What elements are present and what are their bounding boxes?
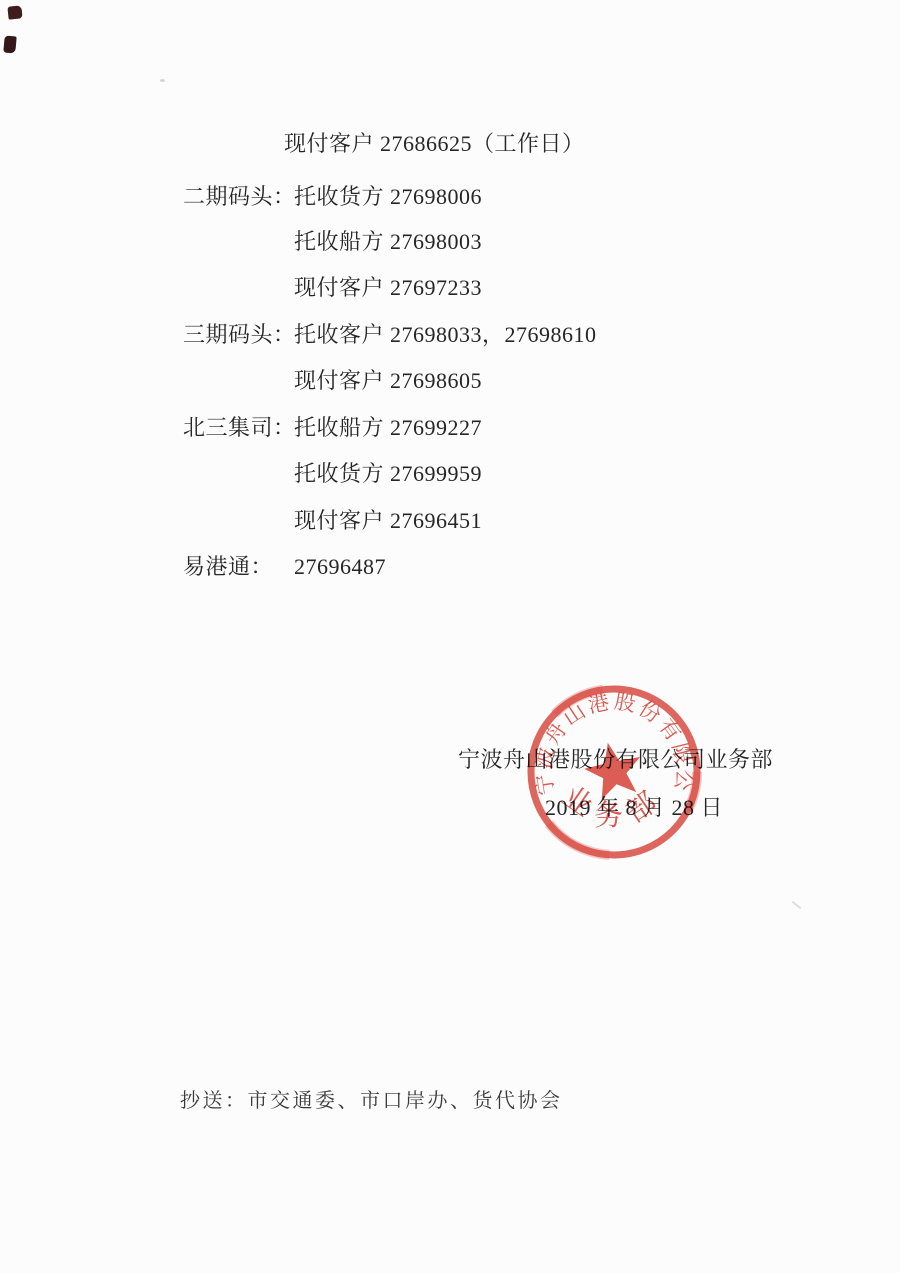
scanned-document-page: 现付客户 27686625（工作日） 二期码头： 托收货方 27698006 托… xyxy=(0,0,900,1273)
contact-line: 现付客户 27696451 xyxy=(294,508,482,534)
contact-line: 托收船方 27699227 xyxy=(294,415,482,441)
contact-line: 托收货方 27699959 xyxy=(294,461,482,487)
scan-speck xyxy=(792,901,802,909)
contact-line: 27696487 xyxy=(294,554,386,580)
terminal-label-erqi: 二期码头： xyxy=(183,184,296,210)
scan-artifact-mark xyxy=(7,5,22,19)
cc-line: 抄送：市交通委、市口岸办、货代协会 xyxy=(180,1084,563,1113)
terminal-label-sanqi: 三期码头： xyxy=(183,322,296,348)
contact-line: 现付客户 27698605 xyxy=(294,368,482,394)
contact-line: 托收货方 27698006 xyxy=(294,184,482,210)
scan-speck xyxy=(160,79,165,82)
star-icon xyxy=(584,743,640,800)
seal-bottom-text: 业务部 xyxy=(556,779,672,832)
contact-line: 现付客户 27697233 xyxy=(294,275,482,301)
company-seal-stamp: 宁波舟山港股份有限公司 业务部 xyxy=(514,672,714,872)
terminal-label-beisan: 北三集司： xyxy=(183,415,296,441)
scan-artifact-mark xyxy=(3,36,16,54)
contact-line: 托收客户 27698033，27698610 xyxy=(294,322,597,348)
contact-line: 托收船方 27698003 xyxy=(294,229,482,255)
contact-line-intro: 现付客户 27686625（工作日） xyxy=(284,131,585,157)
terminal-label-yigangtong: 易港通： xyxy=(183,554,273,580)
